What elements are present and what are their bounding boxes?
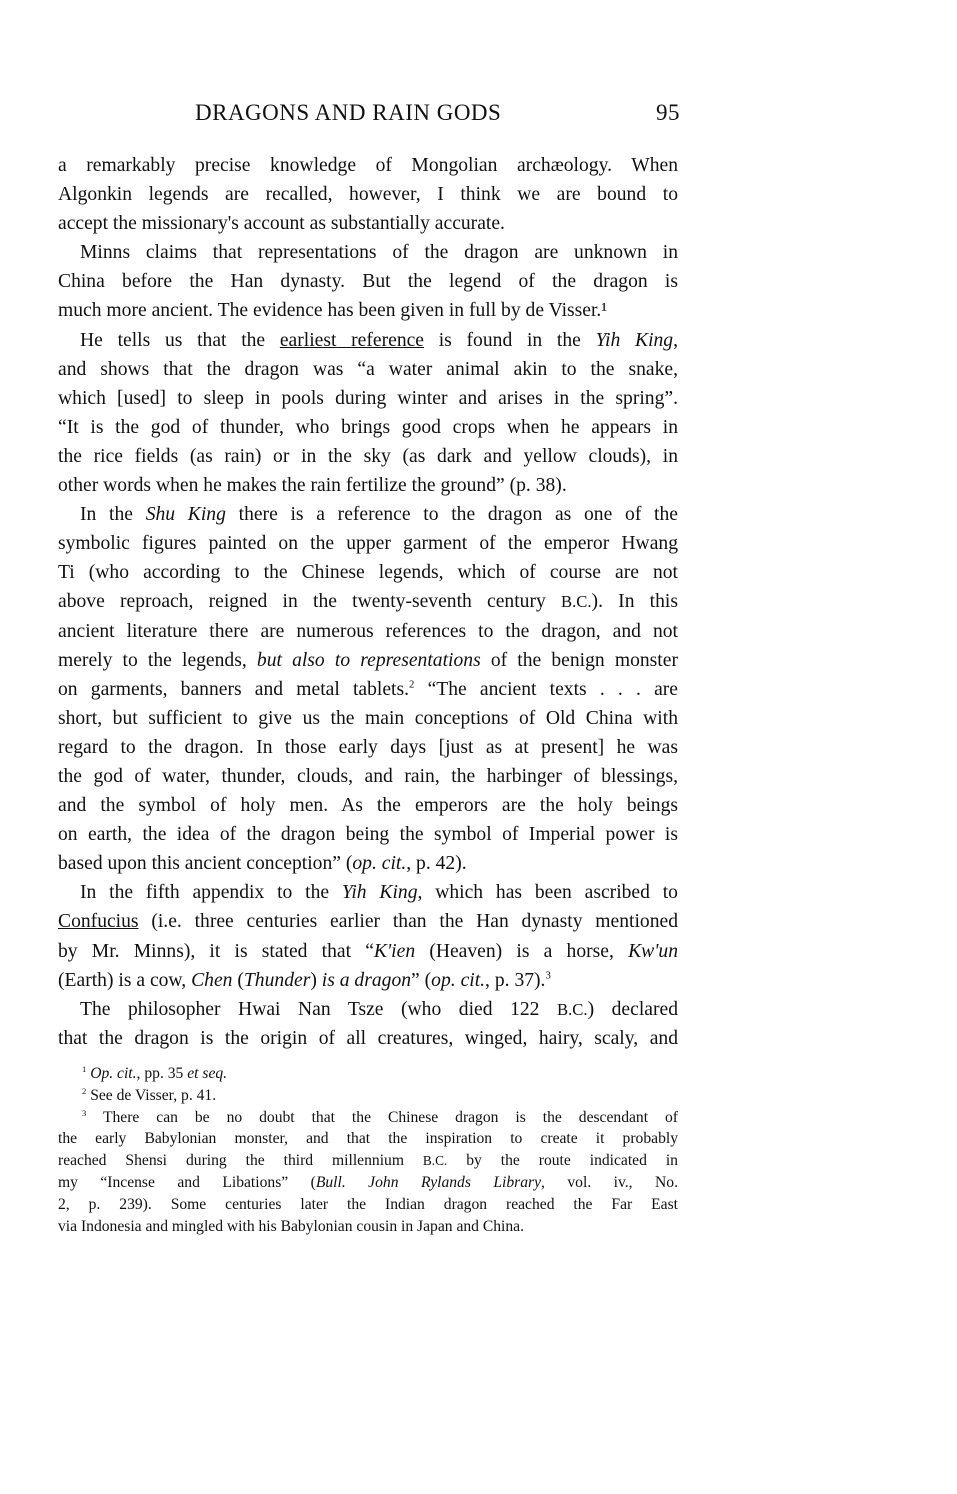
text-line: a remarkably precise knowledge of Mongol… <box>58 151 678 180</box>
footnote-line: my “Incense and Libations” (Bull. John R… <box>58 1172 678 1194</box>
page-number: 95 <box>656 100 680 126</box>
footnote-line: 2, p. 239). Some centuries later the Ind… <box>58 1194 678 1216</box>
text-line: that the dragon is the origin of all cre… <box>58 1024 678 1053</box>
text-line: by Mr. Minns), it is stated that “K'ien … <box>58 937 678 966</box>
text-line: much more ancient. The evidence has been… <box>58 296 678 325</box>
text-line: the god of water, thunder, clouds, and r… <box>58 762 678 791</box>
text-line: and the symbol of holy men. As the emper… <box>58 791 678 820</box>
text-line: ancient literature there are numerous re… <box>58 617 678 646</box>
text-line: and shows that the dragon was “a water a… <box>58 355 678 384</box>
body-text: a remarkably precise knowledge of Mongol… <box>58 151 678 1053</box>
text-line: which [used] to sleep in pools during wi… <box>58 384 678 413</box>
footnote-line: 3 There can be no doubt that the Chinese… <box>58 1107 678 1129</box>
text-line: Minns claims that representations of the… <box>58 238 678 267</box>
text-line: China before the Han dynasty. But the le… <box>58 267 678 296</box>
text-line: Confucius (i.e. three centuries earlier … <box>58 907 678 936</box>
text-line: other words when he makes the rain ferti… <box>58 471 678 500</box>
text-line: Algonkin legends are recalled, however, … <box>58 180 678 209</box>
text-line: (Earth) is a cow, Chen (Thunder) is a dr… <box>58 966 678 995</box>
text-line: the rice fields (as rain) or in the sky … <box>58 442 678 471</box>
running-head: DRAGONS AND RAIN GODS 95 <box>195 100 680 134</box>
text-line: Ti (who according to the Chinese legends… <box>58 558 678 587</box>
footnote-line: the early Babylonian monster, and that t… <box>58 1128 678 1150</box>
footnote-line: 2 See de Visser, p. 41. <box>58 1085 678 1107</box>
book-page: DRAGONS AND RAIN GODS 95 a remarkably pr… <box>0 0 957 1494</box>
text-line: He tells us that the earliest reference … <box>58 326 678 355</box>
footnote-line: via Indonesia and mingled with his Babyl… <box>58 1216 678 1238</box>
text-line: In the Shu King there is a reference to … <box>58 500 678 529</box>
text-line: symbolic figures painted on the upper ga… <box>58 529 678 558</box>
text-line: on earth, the idea of the dragon being t… <box>58 820 678 849</box>
chapter-title: DRAGONS AND RAIN GODS <box>195 100 501 126</box>
text-line: merely to the legends, but also to repre… <box>58 646 678 675</box>
text-line: short, but sufficient to give us the mai… <box>58 704 678 733</box>
text-line: based upon this ancient conception” (op.… <box>58 849 678 878</box>
text-line: above reproach, reigned in the twenty-se… <box>58 587 678 616</box>
text-line: regard to the dragon. In those early day… <box>58 733 678 762</box>
text-line: “It is the god of thunder, who brings go… <box>58 413 678 442</box>
text-line: on garments, banners and metal tablets.2… <box>58 675 678 704</box>
footnote-line: 1 Op. cit., pp. 35 et seq. <box>58 1063 678 1085</box>
text-line: accept the missionary's account as subst… <box>58 209 678 238</box>
text-line: In the fifth appendix to the Yih King, w… <box>58 878 678 907</box>
text-line: The philosopher Hwai Nan Tsze (who died … <box>58 995 678 1024</box>
footnotes: 1 Op. cit., pp. 35 et seq.2 See de Visse… <box>58 1063 678 1237</box>
footnote-line: reached Shensi during the third millenni… <box>58 1150 678 1172</box>
